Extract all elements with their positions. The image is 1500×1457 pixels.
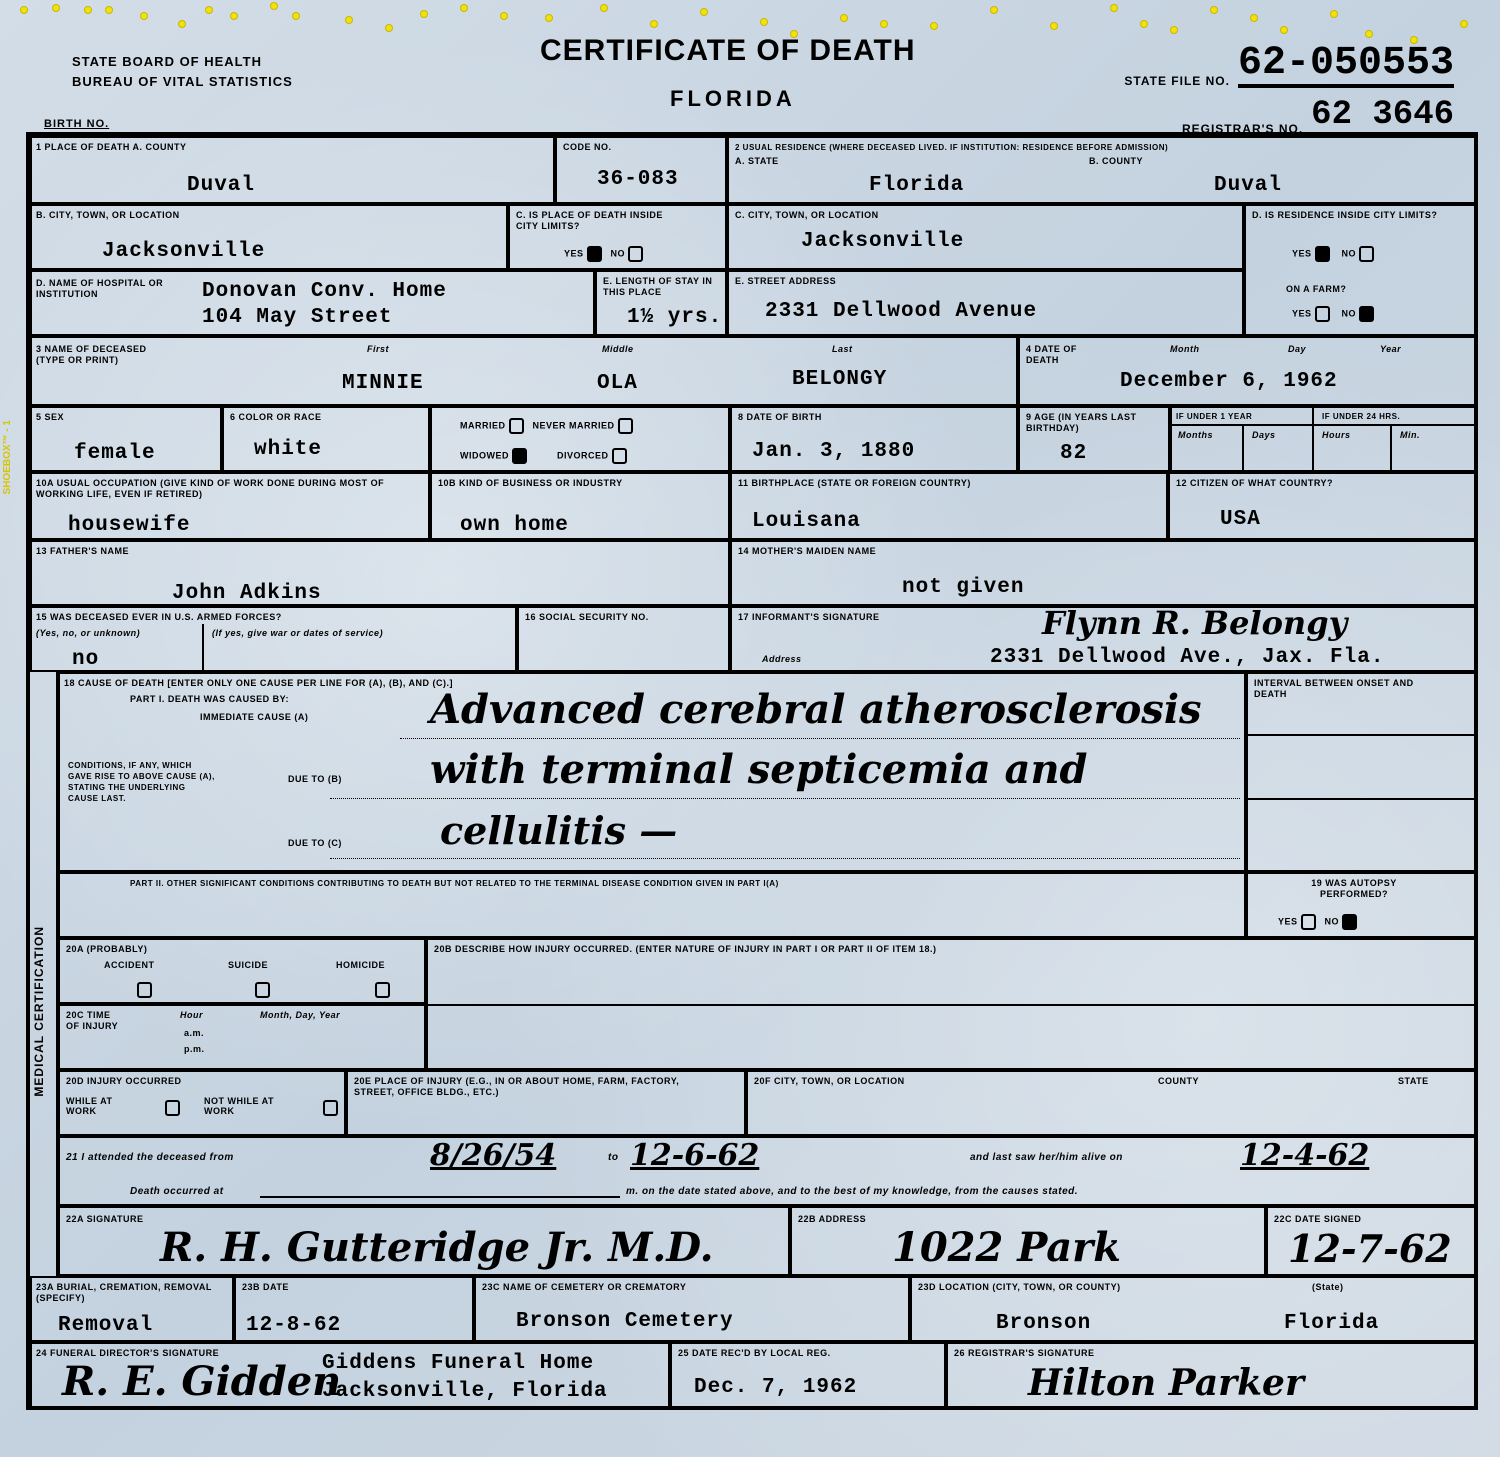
burial-date-field: 23b DATE 12-8-62 [234,1276,474,1342]
residence-street-field: e. STREET ADDRESS 2331 Dellwood Avenue [727,270,1244,336]
physician-signature: R. H. Gutteridge Jr. M.D. [160,1224,714,1271]
date-signed-field: 22c DATE SIGNED 12-7-62 [1266,1206,1478,1276]
widowed-checkbox[interactable] [512,448,527,464]
death-county-field: 1 PLACE OF DEATH a. COUNTY Duval [30,136,555,204]
physician-address-field: 22b ADDRESS 1022 Park [790,1206,1266,1276]
medical-certification-label: MEDICAL CERTIFICATION [32,926,56,1256]
time-of-injury-field: 20c TIME OF INJURY Hour Month, Day, Year… [56,1004,426,1070]
certificate-form: 1 PLACE OF DEATH a. COUNTY Duval CODE NO… [26,132,1478,1410]
length-of-stay-field: e. LENGTH OF STAY IN THIS PLACE 1½ yrs. [595,270,727,336]
father-name-field: 13 FATHER'S NAME John Adkins [30,540,730,606]
document-subtitle: FLORIDA [670,86,796,112]
social-security-field: 16 SOCIAL SECURITY NO. [517,606,730,672]
death-city-field: b. CITY, TOWN, OR LOCATION Jacksonville [30,204,508,270]
last-saw-date: 12-4-62 [1240,1138,1369,1173]
cause-c: cellulitis — [440,808,677,853]
residence-city-field: c. CITY, TOWN, OR LOCATION Jacksonville [727,204,1244,270]
informant-field: 17 INFORMANT'S SIGNATURE Flynn R. Belong… [730,606,1478,672]
citizen-field: 12 CITIZEN OF WHAT COUNTRY? USA [1168,472,1478,540]
funeral-director-field: 24 FUNERAL DIRECTOR'S SIGNATURE R. E. Gi… [30,1342,670,1410]
suicide-checkbox[interactable] [255,982,270,998]
accident-checkbox[interactable] [137,982,152,998]
divorced-checkbox[interactable] [612,448,627,464]
attended-from-date: 8/26/54 [430,1138,556,1173]
residence-inside-city-no-checkbox[interactable] [1359,246,1374,262]
shoebox-watermark: SHOEBOX™ - 1 [2,420,16,500]
agency-line-1: STATE BOARD OF HEALTH [72,52,293,72]
inside-city-no-checkbox[interactable] [628,246,643,262]
marital-status-field: MARRIED NEVER MARRIED WIDOWED DIVORCED [430,406,730,472]
cause-of-death-field: 18 CAUSE OF DEATH [Enter only one cause … [56,672,1246,872]
funeral-director-signature: R. E. Gidden [62,1358,341,1405]
date-received-field: 25 DATE REC'D BY LOCAL REG. Dec. 7, 1962 [670,1342,946,1410]
injury-at-work-field: 20d INJURY OCCURRED WHILE AT WORK NOT WH… [56,1070,346,1136]
informant-signature: Flynn R. Belongy [1042,606,1347,642]
state-file-number: STATE FILE NO. 62-050553 [1124,44,1454,88]
date-of-birth-field: 8 DATE OF BIRTH Jan. 3, 1880 [730,406,1018,472]
autopsy-field: 19 WAS AUTOPSY PERFORMED? YES NO [1246,872,1478,938]
while-at-work-checkbox[interactable] [165,1100,180,1116]
describe-injury-field: 20b DESCRIBE HOW INJURY OCCURRED. (Enter… [426,938,1478,1070]
registrar-number: REGISTRAR'S NO. 62 3646 [1182,98,1454,136]
part-two-field: PART II. OTHER SIGNIFICANT CONDITIONS CO… [56,872,1246,938]
code-number-field: CODE NO. 36-083 [555,136,727,204]
under-one-year-field: IF UNDER 1 YEAR IF UNDER 24 HRS. Months … [1170,406,1478,472]
age-field: 9 AGE (In years last birthday) 82 [1018,406,1170,472]
deceased-name-field: 3 NAME OF DECEASED (Type or print) First… [30,336,1018,406]
never-married-checkbox[interactable] [618,418,633,434]
place-of-injury-field: 20e PLACE OF INJURY (e.g., in or about h… [346,1070,746,1136]
attended-to-date: 12-6-62 [630,1138,759,1173]
sex-field: 5 SEX female [30,406,222,472]
agency-line-2: BUREAU OF VITAL STATISTICS [72,72,293,92]
married-checkbox[interactable] [509,418,524,434]
birth-number-label: BIRTH NO. [44,118,109,130]
not-while-at-work-checkbox[interactable] [323,1100,338,1116]
armed-forces-field: 15 WAS DECEASED EVER IN U.S. ARMED FORCE… [30,606,517,672]
attending-physician-field: 21 I attended the deceased from 8/26/54 … [56,1136,1478,1206]
business-field: 10b KIND OF BUSINESS OR INDUSTRY own hom… [430,472,730,540]
residence-inside-city-field: d. IS RESIDENCE INSIDE CITY LIMITS? YES … [1244,204,1478,336]
hospital-field: d. NAME OF HOSPITAL OR INSTITUTION Donov… [30,270,595,336]
homicide-checkbox[interactable] [375,982,390,998]
death-inside-city-field: c. IS PLACE OF DEATH INSIDE CITY LIMITS?… [508,204,727,270]
physician-signature-field: 22a SIGNATURE R. H. Gutteridge Jr. M.D. [56,1206,790,1276]
last-name: BELONGY [792,368,887,391]
autopsy-no-checkbox[interactable] [1342,914,1357,930]
race-field: 6 COLOR OR RACE white [222,406,430,472]
manner-of-death-field: 20a (Probably) ACCIDENT SUICIDE HOMICIDE [56,938,426,1004]
date-signed: 12-7-62 [1288,1226,1452,1271]
injury-location-field: 20f CITY, TOWN, OR LOCATION COUNTY STATE [746,1070,1478,1136]
mother-name-field: 14 MOTHER'S MAIDEN NAME not given [730,540,1478,606]
cause-a: Advanced cerebral atherosclerosis [430,686,1202,733]
inside-city-yes-checkbox[interactable] [587,246,602,262]
on-farm-yes-checkbox[interactable] [1315,306,1330,322]
cause-b: with terminal septicemia and [430,746,1088,793]
autopsy-yes-checkbox[interactable] [1301,914,1316,930]
birthplace-field: 11 BIRTHPLACE (State or foreign country)… [730,472,1168,540]
physician-address: 1022 Park [892,1224,1121,1271]
registrar-signature-field: 26 REGISTRAR'S SIGNATURE Hilton Parker [946,1342,1478,1410]
cemetery-field: 23c NAME OF CEMETERY OR CREMATORY Bronso… [474,1276,910,1342]
registrar-signature: Hilton Parker [1028,1362,1304,1404]
date-of-death-field: 4 DATE OF DEATH Month Day Year December … [1018,336,1478,406]
first-name: MINNIE [342,372,424,395]
cemetery-location-field: 23d LOCATION (City, town, or county) (St… [910,1276,1478,1342]
agency-header: STATE BOARD OF HEALTH BUREAU OF VITAL ST… [72,52,293,92]
interval-field: INTERVAL BETWEEN ONSET AND DEATH [1246,672,1478,872]
middle-name: OLA [597,372,638,395]
residence-inside-city-yes-checkbox[interactable] [1315,246,1330,262]
burial-method-field: 23a BURIAL, CREMATION, REMOVAL (Specify)… [30,1276,234,1342]
document-title: CERTIFICATE OF DEATH [540,34,916,68]
residence-state-county-field: 2 USUAL RESIDENCE (Where deceased lived.… [727,136,1478,204]
on-farm-no-checkbox[interactable] [1359,306,1374,322]
occupation-field: 10a USUAL OCCUPATION (Give kind of work … [30,472,430,540]
